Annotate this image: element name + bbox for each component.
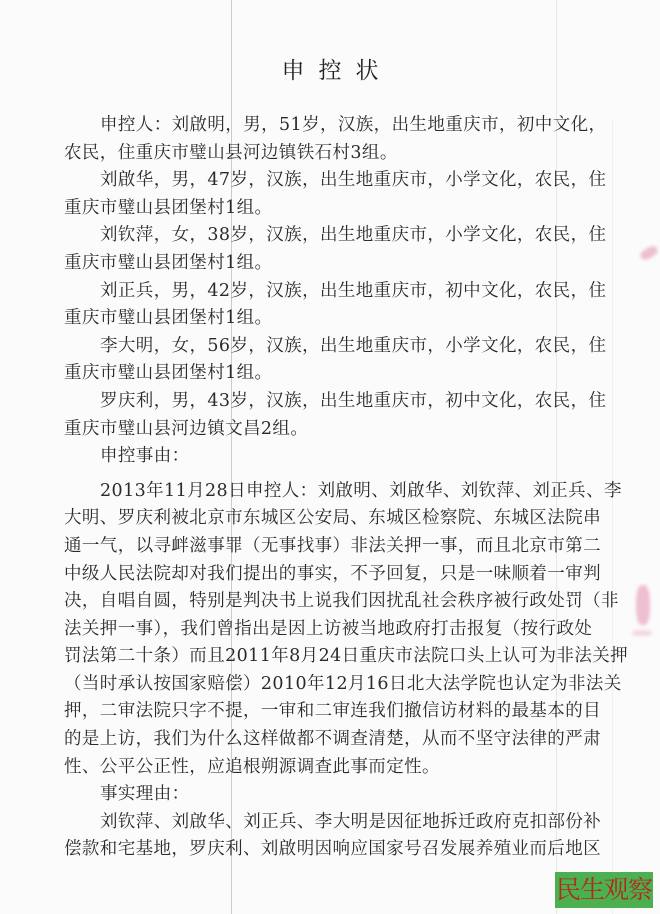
red-stamp-mark [632, 630, 652, 636]
reason-line: 罚法第二十条）而且2011年8月24日重庆市法院口头上认可为非法关押 [64, 643, 586, 671]
petitioner-entry: 罗庆利，男，43岁，汉族，出生地重庆市，初中文化，农民，住 重庆市璧山县河边镇文… [64, 388, 586, 443]
petitioner-line: 刘钦萍，女，38岁，汉族，出生地重庆市，小学文化，农民，住 [64, 222, 586, 250]
document-body: 申控人：刘啟明，男，51岁，汉族，出生地重庆市，初中文化， 农民，住重庆市璧山县… [64, 112, 586, 864]
reason-line: 2013年11月28日申控人：刘啟明、刘啟华、刘钦萍、刘正兵、李 [64, 478, 586, 506]
reason-line: 押，二审法院只字不提，一审和二审连我们撤信访材料的最基本的目 [64, 698, 586, 726]
reason-paragraph: 2013年11月28日申控人：刘啟明、刘啟华、刘钦萍、刘正兵、李 大明、罗庆利被… [64, 478, 586, 782]
facts-line: 刘钦萍、刘啟华、刘正兵、李大明是因征地拆迁政府克扣部份补 [64, 809, 586, 837]
petitioner-line: 重庆市璧山县团堡村1组。 [64, 360, 586, 388]
petitioner-entry: 刘正兵，男，42岁，汉族，出生地重庆市，初中文化，农民，住 重庆市璧山县团堡村1… [64, 278, 586, 333]
red-stamp-mark [636, 585, 650, 625]
petitioner-line: 重庆市璧山县团堡村1组。 [64, 305, 586, 333]
paper-fold-line [612, 120, 613, 914]
watermark-badge: 民生观察 [555, 872, 653, 908]
petitioner-line: 农民，住重庆市璧山县河边镇铁石村3组。 [64, 140, 586, 168]
petitioner-entry: 刘啟华，男，47岁，汉族，出生地重庆市，小学文化，农民，住 重庆市璧山县团堡村1… [64, 167, 586, 222]
document-title: 申控状 [0, 52, 660, 85]
section-heading-reason: 申控事由： [64, 443, 586, 471]
reason-line: 通一气，以寻衅滋事罪（无事找事）非法关押一事，而且北京市第二 [64, 533, 586, 561]
petitioner-entry: 申控人：刘啟明，男，51岁，汉族，出生地重庆市，初中文化， 农民，住重庆市璧山县… [64, 112, 586, 167]
facts-line: 偿款和宅基地，罗庆利、刘啟明因响应国家号召发展养殖业而后地区 [64, 836, 586, 864]
petitioner-line: 李大明，女，56岁，汉族，出生地重庆市，小学文化，农民，住 [64, 333, 586, 361]
facts-paragraph: 刘钦萍、刘啟华、刘正兵、李大明是因征地拆迁政府克扣部份补 偿款和宅基地，罗庆利、… [64, 809, 586, 864]
reason-line: 中级人民法院却对我们提出的事实，不予回复，只是一味顺着一审判 [64, 561, 586, 589]
reason-line: 性、公平公正性，应追根朔源调查此事而定性。 [64, 754, 586, 782]
reason-line: 法关押一事），我们曾指出是因上访被当地政府打击报复（按行政处 [64, 616, 586, 644]
petitioner-line: 重庆市璧山县团堡村1组。 [64, 195, 586, 223]
section-heading-facts: 事实理由： [64, 781, 586, 809]
reason-line: 决，自唱自圆，特别是判决书上说我们因扰乱社会秩序被行政处罚（非 [64, 588, 586, 616]
spacer [64, 471, 586, 478]
reason-line: （当时承认按国家赔偿）2010年12月16日北大法学院也认定为非法关 [64, 671, 586, 699]
petitioner-line: 罗庆利，男，43岁，汉族，出生地重庆市，初中文化，农民，住 [64, 388, 586, 416]
petitioner-line: 刘正兵，男，42岁，汉族，出生地重庆市，初中文化，农民，住 [64, 278, 586, 306]
reason-line: 的是上访，我们为什么这样做都不调查清楚，从而不坚守法律的严肃 [64, 726, 586, 754]
petitioner-line: 刘啟华，男，47岁，汉族，出生地重庆市，小学文化，农民，住 [64, 167, 586, 195]
reason-line: 大明、罗庆利被北京市东城区公安局、东城区检察院、东城区法院串 [64, 505, 586, 533]
petitioner-entry: 刘钦萍，女，38岁，汉族，出生地重庆市，小学文化，农民，住 重庆市璧山县团堡村1… [64, 222, 586, 277]
petitioner-line: 重庆市璧山县河边镇文昌2组。 [64, 416, 586, 444]
red-stamp-mark [639, 244, 660, 262]
petitioner-entry: 李大明，女，56岁，汉族，出生地重庆市，小学文化，农民，住 重庆市璧山县团堡村1… [64, 333, 586, 388]
petitioner-line: 重庆市璧山县团堡村1组。 [64, 250, 586, 278]
petitioner-line: 申控人：刘啟明，男，51岁，汉族，出生地重庆市，初中文化， [64, 112, 586, 140]
